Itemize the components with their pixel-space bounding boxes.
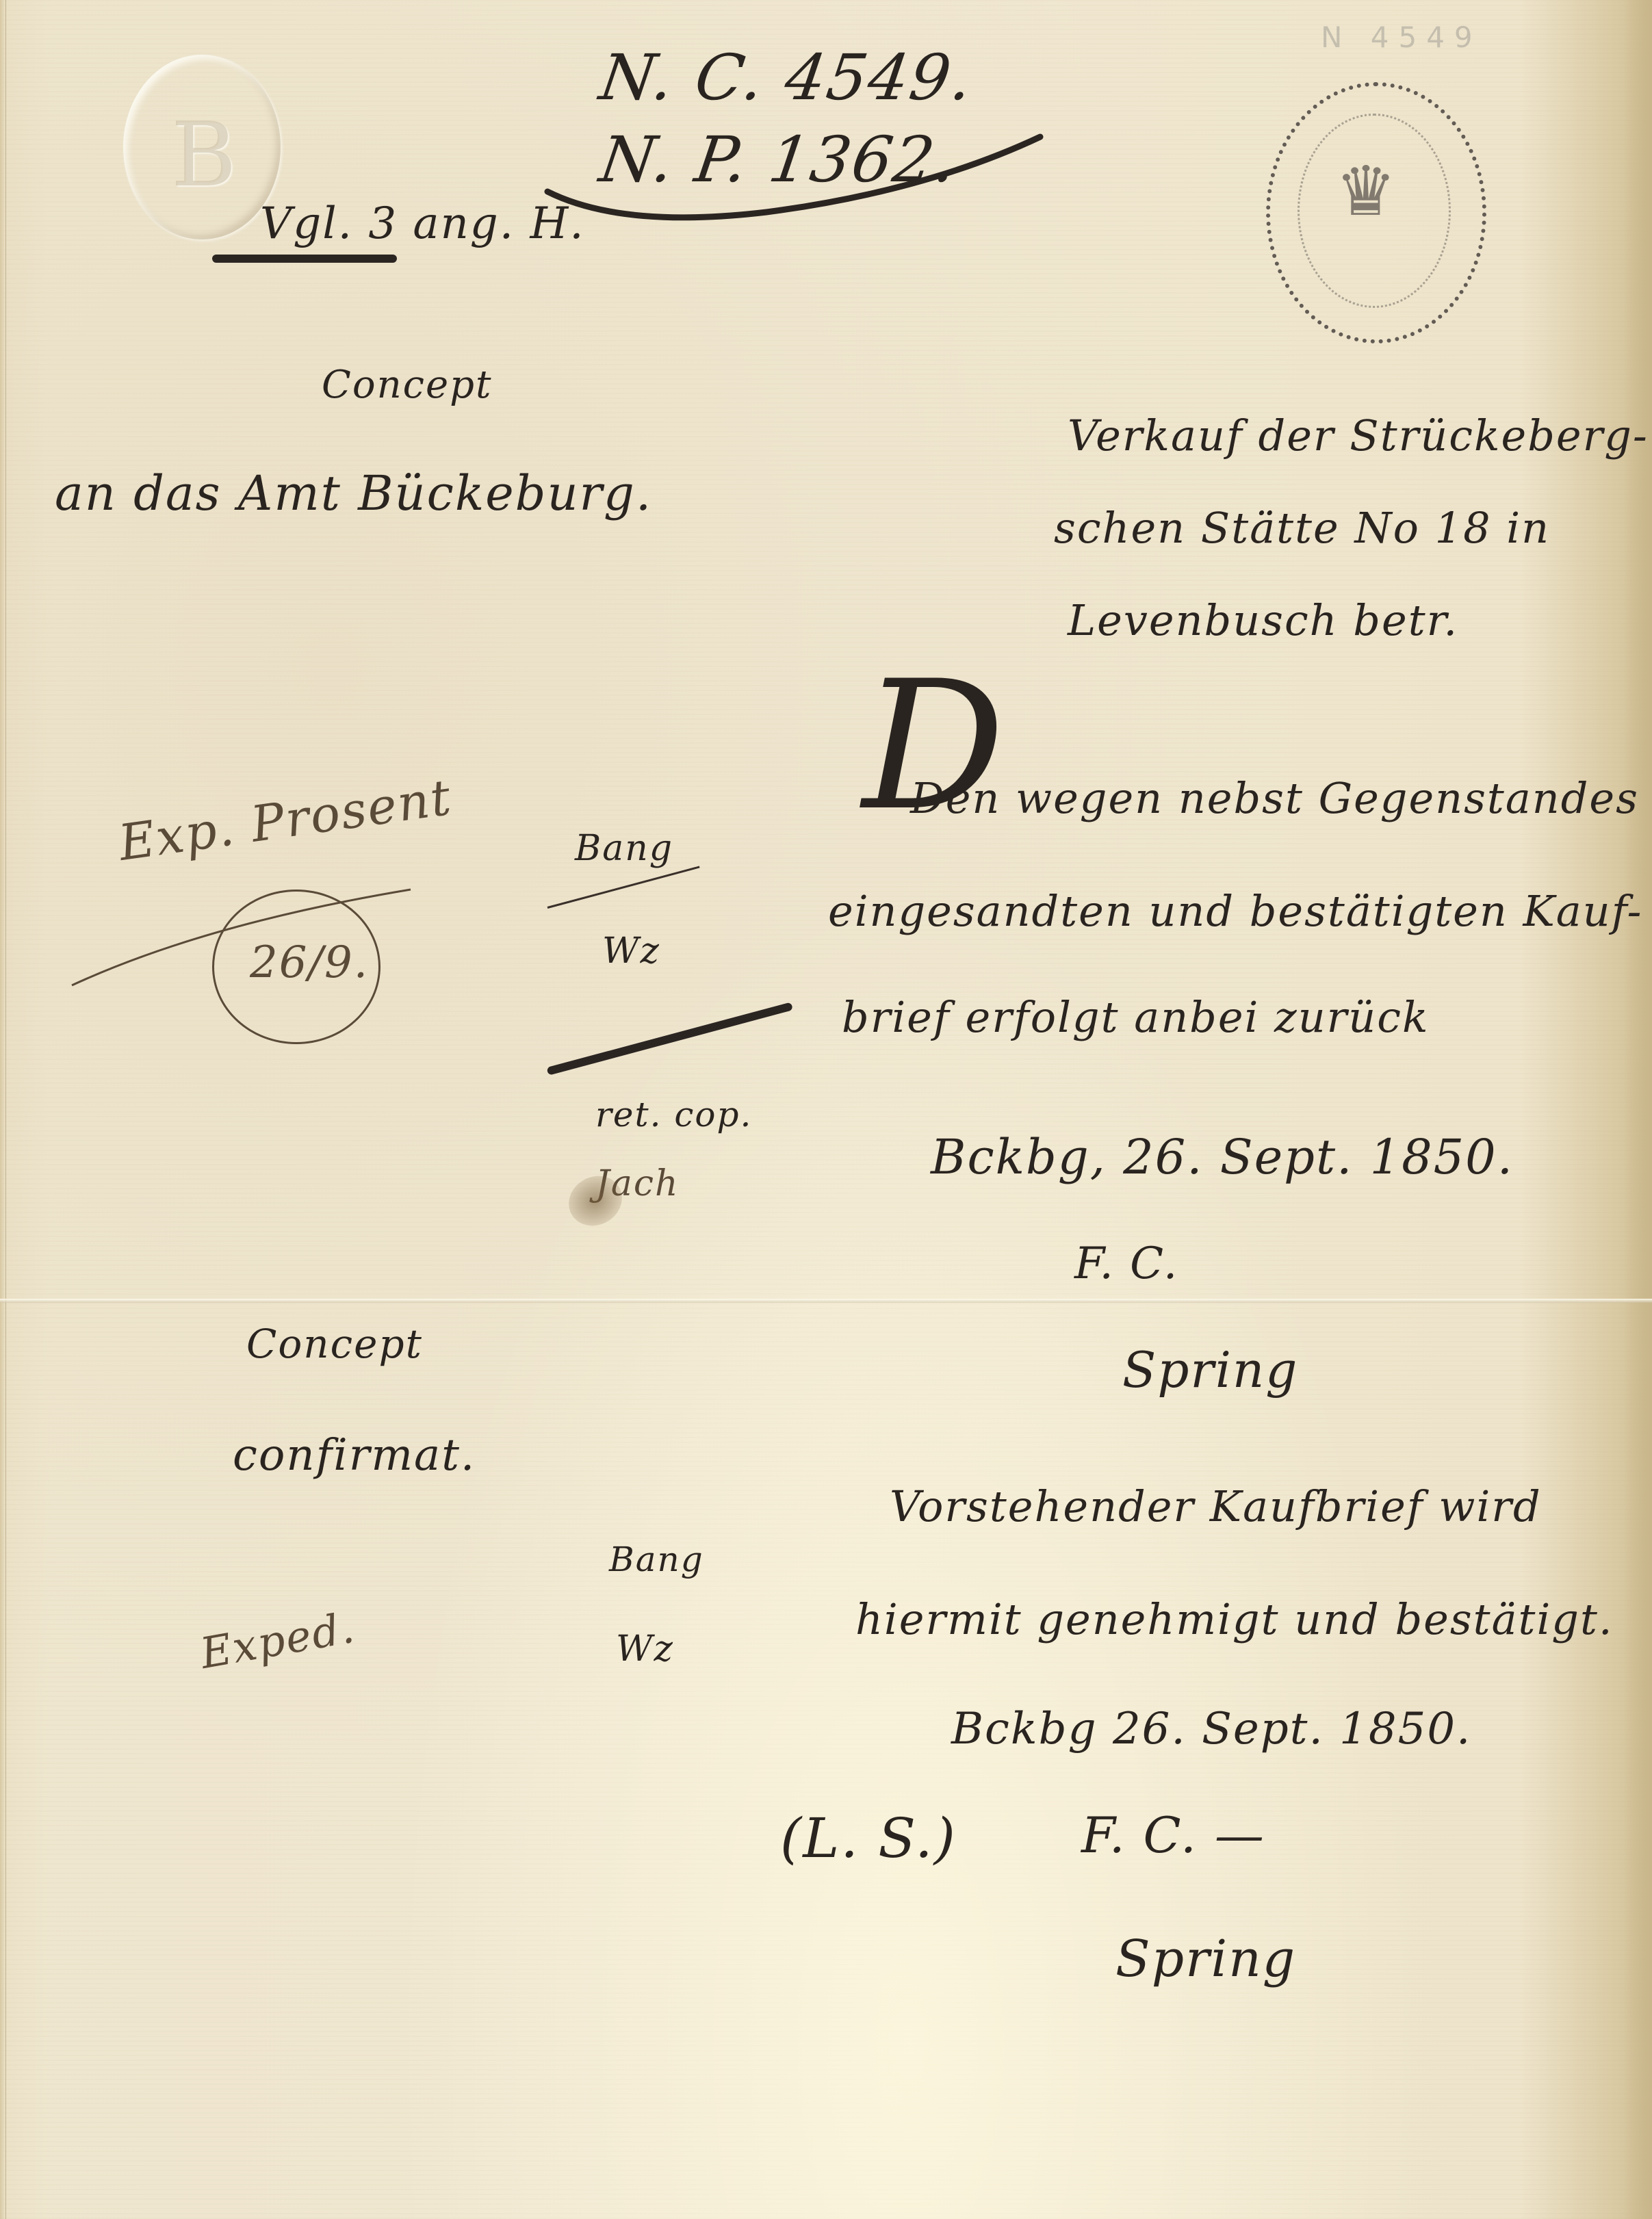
body-line-3: brief erfolgt anbei zurück — [842, 992, 1430, 1042]
embossed-seal: B — [123, 55, 281, 239]
crown-icon: ♛ — [1335, 151, 1397, 231]
confirmation-signature: Spring — [1115, 1930, 1296, 1988]
header-underline-swoosh — [541, 123, 1047, 226]
concept-confirmat-2: confirmat. — [233, 1430, 476, 1481]
vgl-underline — [212, 255, 397, 263]
initials-bang-1: Bang — [575, 828, 673, 869]
reference-number-nc: N. C. 4549. — [595, 41, 978, 114]
subject-line-3: Levenbusch betr. — [1068, 595, 1458, 645]
initials-wz-1: Wz — [602, 931, 660, 972]
exp-flourish — [68, 876, 424, 992]
body-line-2: eingesandten und bestätigten Kauf- — [828, 886, 1642, 936]
body-date: Bckbg, 26. Sept. 1850. — [931, 1129, 1514, 1185]
subject-line-1: Verkauf der Strückeberg- — [1068, 411, 1649, 460]
initials-wz-2: Wz — [616, 1628, 674, 1670]
confirmation-line-1: Vorstehender Kaufbrief wird — [890, 1481, 1542, 1531]
vgl-note: Vgl. 3 ang. H. — [260, 198, 585, 249]
body-line-1: Den wegen nebst Gegenstandes — [910, 773, 1639, 823]
confirmation-fc: F. C. — — [1081, 1806, 1265, 1864]
seal-letter: B — [171, 103, 237, 207]
ink-stamp: ♛ — [1266, 82, 1486, 343]
page-left-edge — [0, 0, 6, 2219]
body-signature: Spring — [1122, 1341, 1298, 1399]
confirmation-seal-mark: (L. S.) — [780, 1806, 957, 1870]
fold-line — [0, 1299, 1652, 1303]
concept-label: Concept — [322, 363, 492, 407]
recipient-line: an das Amt Bückeburg. — [55, 465, 652, 521]
ret-cop-note: ret. cop. — [595, 1095, 752, 1134]
concept-confirmat-1: Concept — [246, 1321, 423, 1367]
confirmation-date: Bckbg 26. Sept. 1850. — [951, 1704, 1471, 1754]
subject-line-2: schen Stätte No 18 in — [1054, 503, 1550, 553]
page-right-edge — [1625, 0, 1652, 2219]
initials-bang-2: Bang — [609, 1540, 704, 1579]
body-fc: F. C. — [1074, 1238, 1178, 1289]
confirmation-line-2: hiermit genehmigt und bestätigt. — [855, 1594, 1614, 1644]
pencil-archive-number: N 4549 — [1321, 21, 1482, 54]
